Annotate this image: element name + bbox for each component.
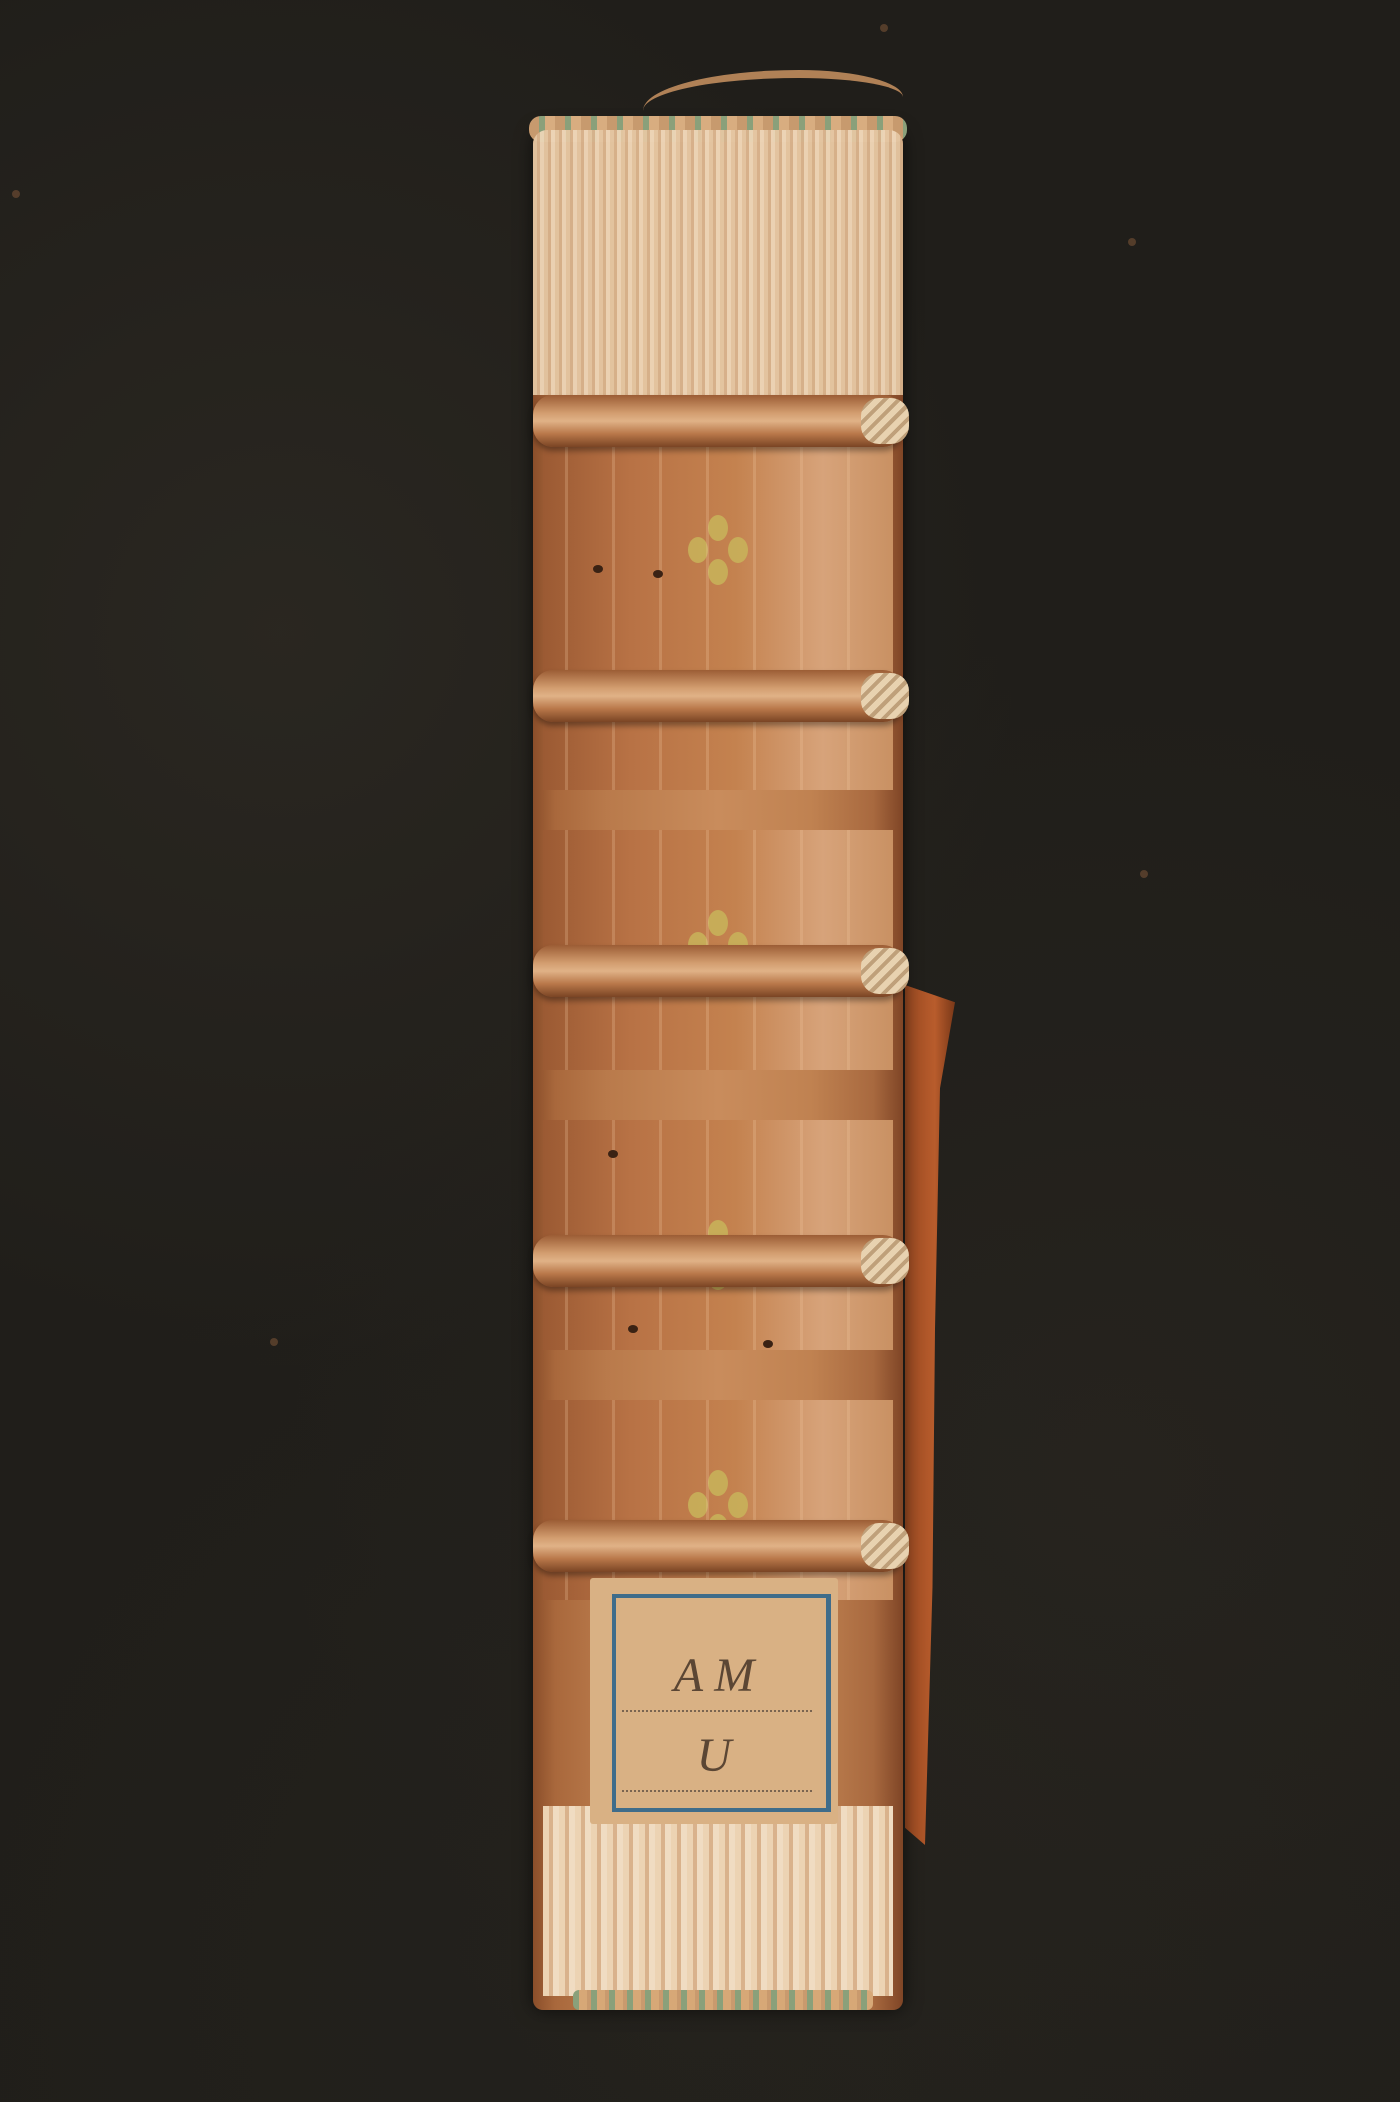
- sewing-cord: [861, 1523, 909, 1569]
- label-line-2: U: [590, 1728, 838, 1783]
- wormhole: [653, 570, 663, 578]
- floral-ornament-icon: [688, 515, 748, 585]
- raised-band-1: [533, 395, 903, 447]
- speck: [270, 1338, 278, 1346]
- exposed-tail-of-spine: [543, 1806, 893, 1996]
- speck: [1128, 238, 1136, 246]
- torn-leather-flap: [905, 985, 955, 1845]
- speck: [1140, 870, 1148, 878]
- sewing-cord: [861, 948, 909, 994]
- sewing-cord: [861, 1238, 909, 1284]
- shelf-label: A M U: [590, 1578, 838, 1824]
- label-line-1: A M: [590, 1648, 838, 1703]
- wormhole: [593, 565, 603, 573]
- tailband: [573, 1990, 873, 2010]
- wormhole: [608, 1150, 618, 1158]
- speck: [880, 24, 888, 32]
- label-rule: [622, 1790, 812, 1792]
- wormhole: [763, 1340, 773, 1348]
- raised-band-3: [533, 945, 903, 997]
- raised-band-5: [533, 1520, 903, 1572]
- sewing-cord: [861, 673, 909, 719]
- raised-band-4: [533, 1235, 903, 1287]
- spine-panel-1: [543, 430, 893, 790]
- raised-band-2: [533, 670, 903, 722]
- sewing-cord: [861, 398, 909, 444]
- wormhole: [628, 1325, 638, 1333]
- label-rule: [622, 1710, 812, 1712]
- speck: [12, 190, 20, 198]
- exposed-head-of-spine: [533, 130, 903, 395]
